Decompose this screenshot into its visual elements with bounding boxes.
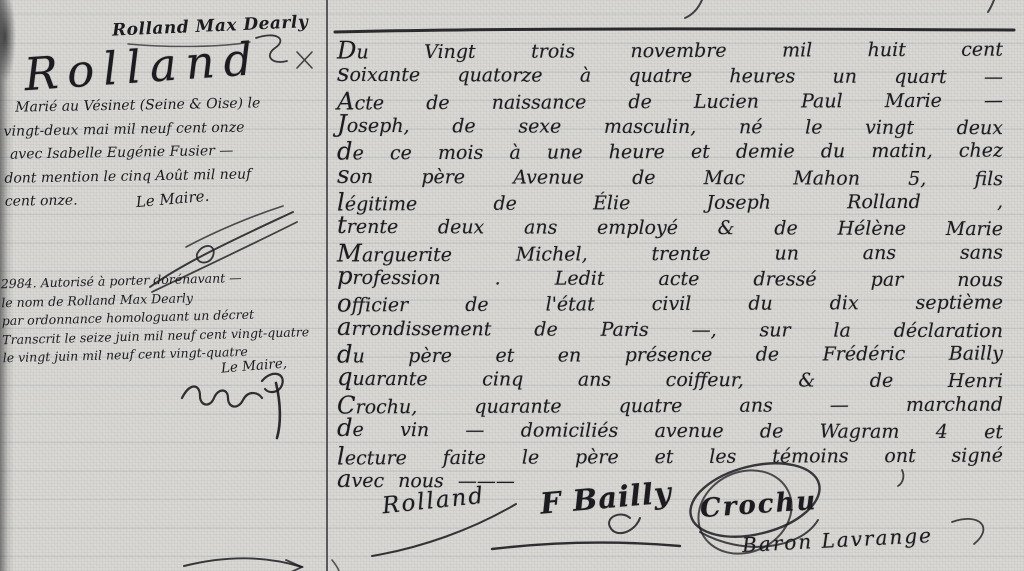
mayor-paraph-loop [197, 246, 214, 263]
mayor-signature-flourish [182, 387, 262, 407]
act-text-line: Marguerite Michel, trente un ans sans [337, 237, 1003, 265]
act-text-line: arrondissement de Paris —, sur la déclar… [337, 314, 1003, 342]
signature-underline-stroke [492, 543, 680, 549]
bottom-partial-stroke [286, 560, 302, 571]
mayor-signature-descender [276, 383, 280, 438]
act-text-line: Acte de naissance de Lucien Paul Marie — [337, 85, 1003, 113]
act-text-line: légitime de Élie Joseph Rolland , [337, 187, 1003, 215]
marriage-annotation: Marié au Vésinet (Seine & Oise) le vingt… [3, 91, 327, 214]
bottom-partial-stroke [184, 558, 302, 567]
act-text-line: son père Avenue de Mac Mahon 5, fils [337, 162, 1003, 190]
act-text-line: soixante quatorze à quatre heures un qua… [337, 60, 1003, 88]
signature-officer: Baron Lavrange [742, 523, 934, 557]
mayor-paraph-flourish [186, 206, 283, 247]
officer-signature-curl [952, 519, 983, 544]
mayor-signoff: Le Maire. [135, 185, 210, 215]
top-partial-stroke [685, 0, 702, 18]
act-text-line: Du Vingt trois novembre mil huit cent [337, 35, 1003, 63]
bailly-descender-loop [609, 515, 640, 534]
act-text-line: trente deux ans employé & de Hélène Mari… [337, 212, 1003, 240]
header-x-mark [297, 52, 312, 68]
act-text-line: quarante cinq ans coiffeur, & de Henri [337, 364, 1003, 392]
act-text-line: de ce mois à une heure et demie du matin… [337, 136, 1003, 164]
margin-surname: Rolland [22, 32, 262, 101]
top-partial-stroke [988, 0, 994, 12]
separator-stroke [335, 29, 1014, 32]
act-text-line: Joseph, de sexe masculin, né le vingt de… [337, 111, 1003, 139]
margin-divider-rule [326, 0, 328, 571]
bottom-partial-stroke [332, 560, 339, 571]
act-text-line: Crochu, quarante quatre ans — marchand [337, 389, 1003, 417]
act-text-line: lecture faite le père et les témoins ont… [337, 440, 1003, 468]
name-change-annotation: 2984. Autorisé à porter dorénavant — le … [1, 267, 328, 386]
act-column: Du Vingt trois novembre mil huit cent so… [337, 36, 1003, 492]
act-text-line: officier de l'état civil du dix septième [337, 288, 1003, 316]
annotation-line: cent onze. [5, 190, 78, 215]
act-text-line: du père et en présence de Frédéric Baill… [337, 339, 1003, 367]
act-text-line: de vin — domiciliés avenue de Wagram 4 e… [337, 415, 1003, 443]
act-text-line: profession . Ledit acte dressé par nous [337, 263, 1003, 291]
civil-register-scan: Rolland Max Dearly Rolland Marié au Vési… [0, 0, 1024, 571]
